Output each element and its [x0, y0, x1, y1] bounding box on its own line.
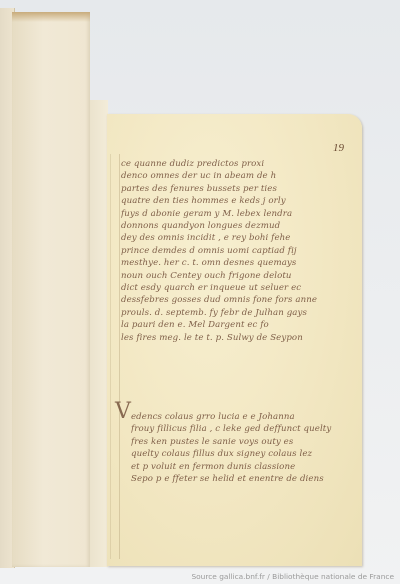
text-line: edencs colaus grro lucia e e Johanna: [131, 411, 356, 423]
text-line: et p voluit en fermon dunis classione: [131, 461, 356, 473]
text-line: dessfebres gosses dud omnis fone fors an…: [121, 294, 346, 306]
source-caption: Source gallica.bnf.fr / Bibliothèque nat…: [191, 572, 394, 581]
text-line: noun ouch Centey ouch frigone delotu: [121, 270, 346, 282]
text-line: les fires meg. le te t. p. Sulwy de Seyp…: [121, 332, 346, 344]
text-line: la pauri den e. Mel Dargent ec fo: [121, 319, 346, 331]
handwritten-text-block-2: edencs colaus grro lucia e e Johanna fro…: [131, 411, 356, 485]
ruling-line: [110, 154, 111, 559]
text-line: donnons quandyon longues dezmud: [121, 220, 346, 232]
text-line: quatre den ties hommes e keds j orly: [121, 195, 346, 207]
ruling-line: [119, 154, 120, 559]
text-line: mesthye. her c. t. omn desnes quemays: [121, 257, 346, 269]
binding-gutter: [90, 100, 108, 567]
handwritten-text-block-1: ce quanne dudiz predictos proxi denco om…: [121, 158, 346, 344]
decorated-initial: V: [115, 399, 131, 424]
text-line: frouy fillicus filia , c leke ged deffun…: [131, 423, 356, 435]
text-line: fuys d abonie geram y M. lebex lendra: [121, 208, 346, 220]
text-line: prince demdes d omnis uomi captiad fij: [121, 245, 346, 257]
left-facing-leaf: [12, 12, 90, 567]
text-line: dey des omnis incidit , e rey bohi fehe: [121, 232, 346, 244]
manuscript-page: 19 ce quanne dudiz predictos proxi denco…: [107, 114, 362, 566]
text-line: fres ken pustes le sanie voys outy es: [131, 436, 356, 448]
text-line: partes des fenures bussets per ties: [121, 183, 346, 195]
text-line: prouls. d. septemb. fy febr de Julhan ga…: [121, 307, 346, 319]
folio-number: 19: [333, 142, 344, 154]
text-line: dict esdy quarch er inqueue ut seluer ec: [121, 282, 346, 294]
text-line: denco omnes der uc in abeam de h: [121, 170, 346, 182]
text-line: ce quanne dudiz predictos proxi: [121, 158, 346, 170]
text-line: Sepo p e ffeter se helid et enentre de d…: [131, 473, 356, 485]
text-line: quelty colaus fillus dux signey colaus l…: [131, 448, 356, 460]
